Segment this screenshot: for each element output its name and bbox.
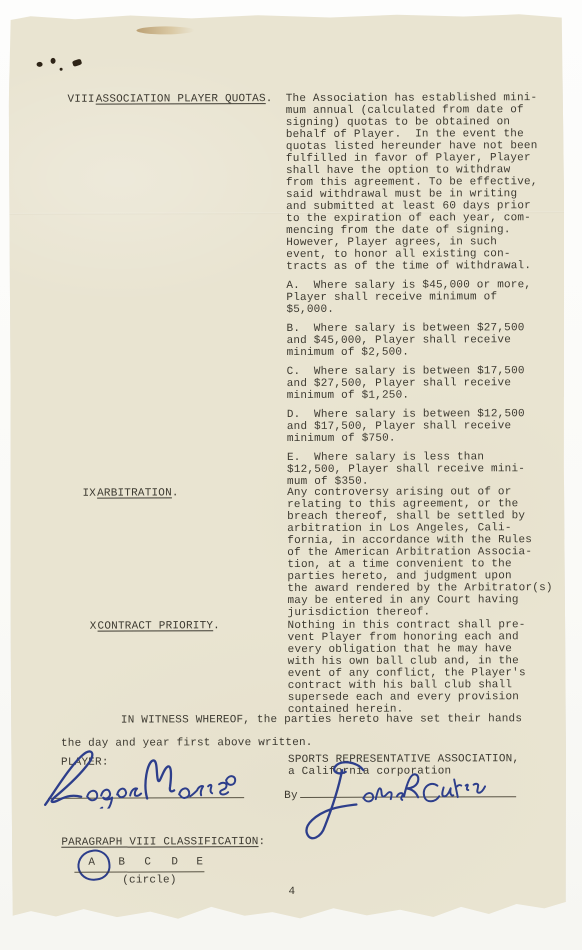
section-viii: VIII ASSOCIATION PLAYER QUOTAS. The Asso… xyxy=(9,92,564,94)
company-signature-line xyxy=(300,796,516,798)
quota-item-c: C. Where salary is between $17,500 and $… xyxy=(287,365,561,402)
section-x-numeral: X xyxy=(51,621,97,633)
quota-item-e: E. Where salary is less than $12,500, Pl… xyxy=(287,451,561,488)
classification-label: PARAGRAPH VIII CLASSIFICATION: xyxy=(61,836,265,849)
page-number: 4 xyxy=(288,886,295,898)
classification-line xyxy=(74,871,204,872)
company-name-line1: SPORTS REPRESENTATIVE ASSOCIATION, xyxy=(288,753,519,766)
witness-clause-line2: the day and year first above written. xyxy=(61,737,313,750)
section-viii-paragraph: The Association has established mini- mu… xyxy=(286,92,561,273)
section-ix-heading: ARBITRATION. xyxy=(97,487,179,499)
witness-clause-line1: IN WITNESS WHEREOF, the parties hereto h… xyxy=(121,713,522,726)
ink-stain xyxy=(72,58,82,67)
ink-stain xyxy=(60,68,63,71)
section-x: X CONTRACT PRIORITY. Nothing in this con… xyxy=(11,619,566,621)
section-x-heading: CONTRACT PRIORITY. xyxy=(98,620,220,632)
section-x-paragraph: Nothing in this contract shall pre- vent… xyxy=(288,619,562,716)
section-ix-numeral: IX xyxy=(50,488,96,500)
classification-option-c: C xyxy=(144,856,151,868)
ink-stain xyxy=(51,58,56,64)
section-ix-paragraph: Any controversy arising out of or relati… xyxy=(287,486,561,619)
player-signature-line xyxy=(48,797,244,799)
section-ix: IX ARBITRATION. Any controversy arising … xyxy=(10,486,565,488)
company-name-line2: a California corporation xyxy=(288,765,451,778)
quota-item-d: D. Where salary is between $12,500 and $… xyxy=(287,408,561,445)
player-label: PLAYER: xyxy=(61,757,109,769)
quota-item-b: B. Where salary is between $27,500 and $… xyxy=(286,322,560,359)
section-viii-numeral: VIII xyxy=(49,94,95,106)
classification-option-d: D xyxy=(171,856,178,868)
contract-page: VIII ASSOCIATION PLAYER QUOTAS. The Asso… xyxy=(8,13,566,923)
ink-stain xyxy=(37,62,43,67)
section-viii-heading: ASSOCIATION PLAYER QUOTAS. xyxy=(96,93,273,106)
player-signature xyxy=(41,746,251,809)
quota-item-a: A. Where salary is $45,000 or more, Play… xyxy=(286,279,560,316)
by-label: By xyxy=(284,790,298,802)
classification-option-e: E xyxy=(196,856,203,868)
section-viii-body: The Association has established mini- mu… xyxy=(286,92,561,488)
classification-option-b: B xyxy=(118,857,125,869)
circle-instruction: (circle) xyxy=(104,874,194,886)
paper-stain xyxy=(136,26,194,34)
